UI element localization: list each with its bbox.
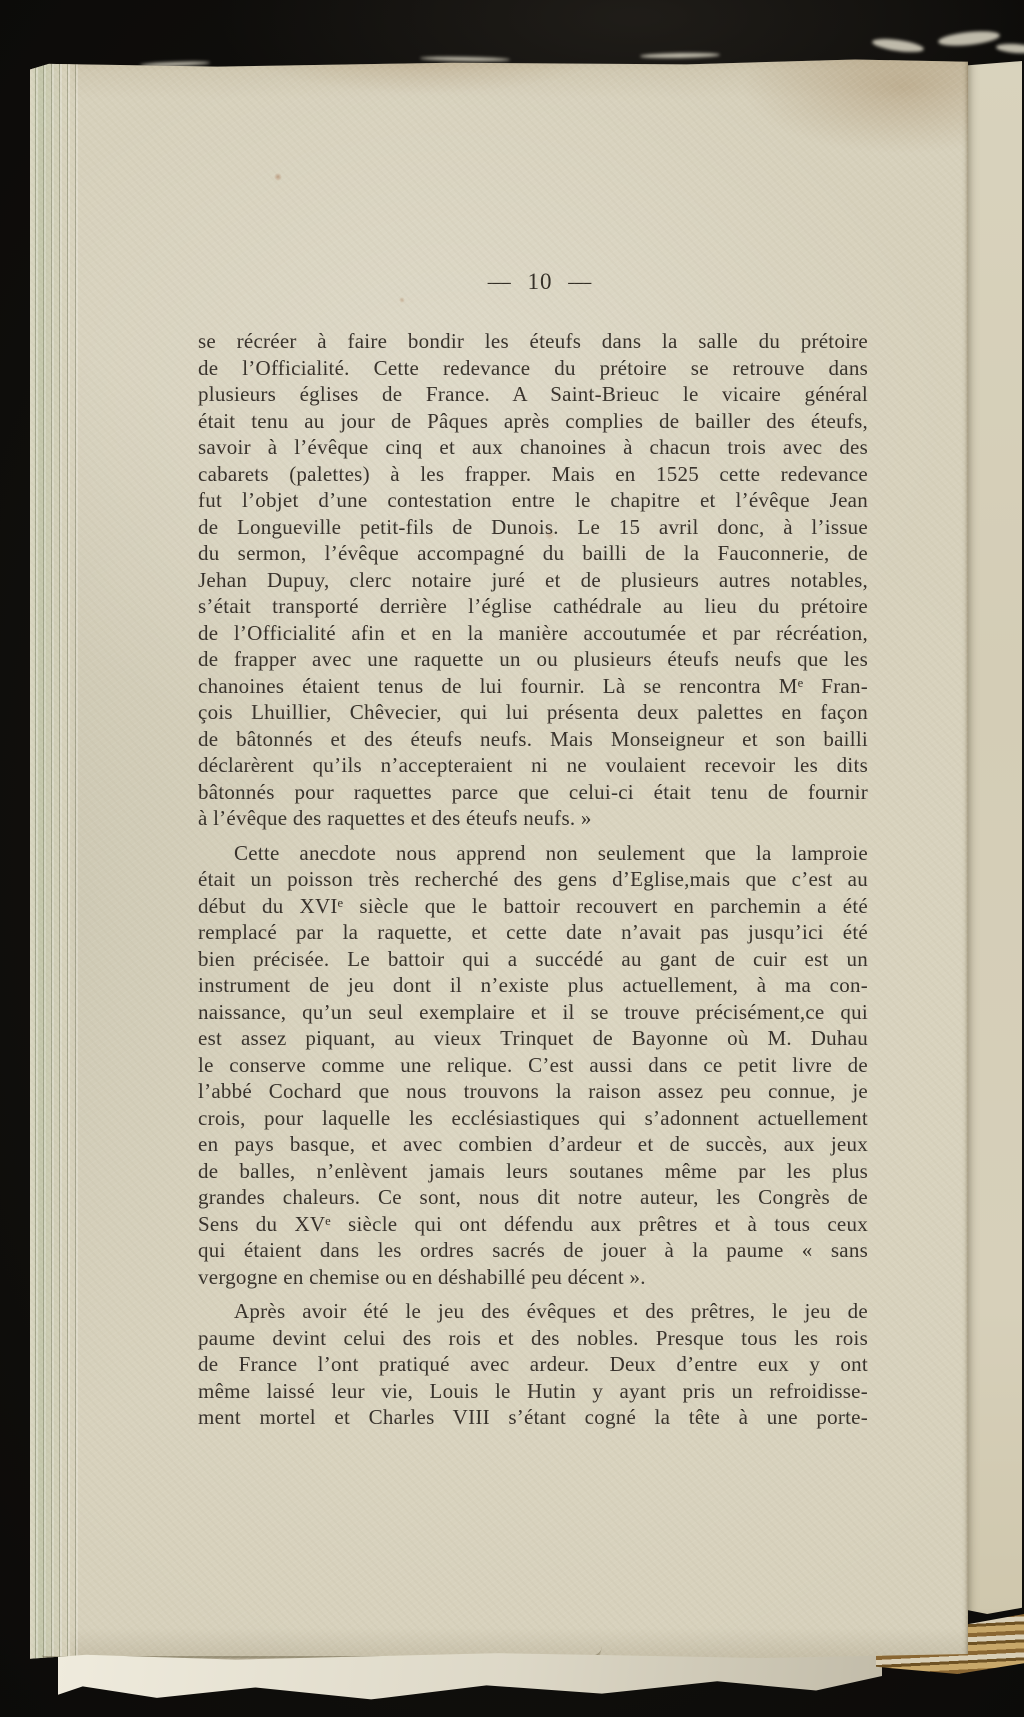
text-line: cabarets (palettes) à les frapper. Mais … [198, 461, 868, 488]
text-line: qui étaient dans les ordres sacrés de jo… [198, 1237, 868, 1264]
text-line: de balles, n’enlèvent jamais leurs souta… [198, 1158, 868, 1185]
page-stack-edge [30, 55, 78, 1662]
text-line: du sermon, l’évêque accompagné du bailli… [198, 540, 868, 567]
torn-edge-fiber [996, 43, 1024, 55]
text-line: chanoines étaient tenus de lui fournir. … [198, 673, 868, 700]
text-line: de France l’ont pratiqué avec ardeur. De… [198, 1351, 868, 1378]
text-line: remplacé par la raquette, et cette date … [198, 919, 868, 946]
text-line: çois Lhuillier, Chêvecier, qui lui prése… [198, 699, 868, 726]
torn-edge-fiber [640, 52, 720, 58]
text-line: de Longueville petit-fils de Dunois. Le … [198, 514, 868, 541]
text-line: bien précisée. Le battoir qui a succédé … [198, 946, 868, 973]
text-line: même laissé leur vie, Louis le Hutin y a… [198, 1378, 868, 1405]
text-line: était tenu au jour de Pâques après compl… [198, 408, 868, 435]
text-line: vergogne en chemise ou en déshabillé peu… [198, 1264, 868, 1291]
book-page: — 10 — se récréer à faire bondir les éte… [30, 55, 968, 1662]
torn-edge-fiber [420, 56, 510, 62]
text-line: de l’Officialité. Cette redevance du pré… [198, 355, 868, 382]
text-line: Cette anecdote nous apprend non seulemen… [198, 840, 868, 867]
text-line: crois, pour laquelle les ecclésiastiques… [198, 1105, 868, 1132]
text-line: savoir à l’évêque cinq et aux chanoines … [198, 434, 868, 461]
text-line: ment mortel et Charles VIII s’étant cogn… [198, 1404, 868, 1431]
text-line: grandes chaleurs. Ce sont, nous dit notr… [198, 1184, 868, 1211]
text-line: Jehan Dupuy, clerc notaire juré et de pl… [198, 567, 868, 594]
text-line: bâtonnés pour raquettes parce que celui-… [198, 779, 868, 806]
photo-background: — 10 — se récréer à faire bondir les éte… [0, 0, 1024, 1717]
paragraph: Après avoir été le jeu des évêques et de… [198, 1298, 868, 1431]
text-line: paume devint celui des rois et des noble… [198, 1325, 868, 1352]
text-line: début du XVIᵉ siècle que le battoir reco… [198, 893, 868, 920]
text-line: fut l’objet d’une contestation entre le … [198, 487, 868, 514]
page-number: — 10 — [198, 269, 868, 295]
text-line: naissance, qu’un seul exemplaire et il s… [198, 999, 868, 1026]
text-line: se récréer à faire bondir les éteufs dan… [198, 328, 868, 355]
text-line: de frapper avec une raquette un ou plusi… [198, 646, 868, 673]
paragraph: se récréer à faire bondir les éteufs dan… [198, 328, 868, 832]
text-line: s’était transporté derrière l’église cat… [198, 593, 868, 620]
text-line: déclarèrent qu’ils n’accepteraient ni ne… [198, 752, 868, 779]
text-line: Sens du XVᵉ siècle qui ont défendu aux p… [198, 1211, 868, 1238]
text-line: à l’évêque des raquettes et des éteufs n… [198, 805, 868, 832]
body-text: se récréer à faire bondir les éteufs dan… [198, 328, 868, 1431]
text-line: le conserve comme une relique. C’est aus… [198, 1052, 868, 1079]
text-line: de bâtonnés et des éteufs neufs. Mais Mo… [198, 726, 868, 753]
torn-edge-fiber [937, 29, 1000, 48]
adjacent-page-edge [964, 61, 1022, 1614]
text-line: plusieurs églises de France. A Saint-Bri… [198, 381, 868, 408]
text-line: en pays basque, et avec combien d’ardeur… [198, 1131, 868, 1158]
text-line: instrument de jeu dont il n’existe plus … [198, 972, 868, 999]
text-line: de l’Officialité afin et en la manière a… [198, 620, 868, 647]
text-line: était un poisson très recherché des gens… [198, 866, 868, 893]
paragraph: Cette anecdote nous apprend non seulemen… [198, 840, 868, 1291]
text-line: est assez piquant, au vieux Trinquet de … [198, 1025, 868, 1052]
text-line: l’abbé Cochard que nous trouvons la rais… [198, 1078, 868, 1105]
torn-edge-fiber [871, 36, 924, 54]
text-line: Après avoir été le jeu des évêques et de… [198, 1298, 868, 1325]
